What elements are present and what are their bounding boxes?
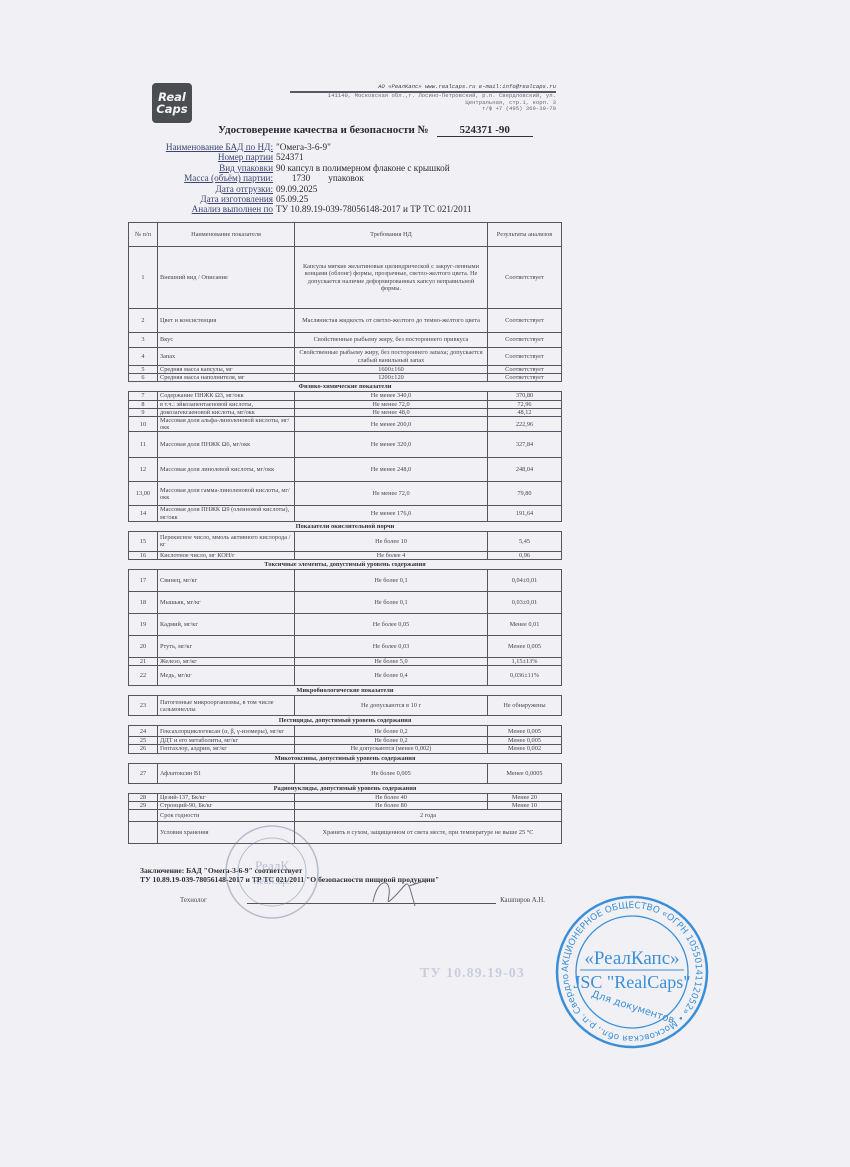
batch-info-value: 05.09.25 — [276, 194, 308, 204]
row-number: 2 — [129, 309, 158, 333]
result: 0,04±0,01 — [488, 570, 562, 592]
section-title: Пестициды, допустимый уровень содержания — [129, 716, 562, 726]
indicator-name: Массовая доля ПНЖК Ω6, мг/окк — [158, 432, 295, 458]
section-heading: Токсичные элементы, допустимый уровень с… — [129, 560, 562, 570]
table-row: 25ДДТ и его метаболиты, мг/кгНе более 0,… — [129, 737, 562, 745]
requirement: Не менее 48,0 — [295, 408, 488, 416]
batch-info: Наименование БАД по НД:"Омега-3-6-9"Номе… — [140, 142, 472, 215]
indicator-name: в т.ч.: эйкозапентаеновой кислоты, — [158, 400, 295, 408]
requirement: Не менее 176,0 — [295, 506, 488, 521]
table-row: 6Средняя масса наполнителя, мг1200±120Со… — [129, 374, 562, 382]
requirement: Маслянистая жидкость от светло-желтого д… — [295, 309, 488, 333]
indicator-name: Афлатоксин В1 — [158, 763, 295, 783]
requirement: Не менее 200,0 — [295, 417, 488, 432]
requirement: Не допускаются (менее 0,002) — [295, 745, 488, 753]
row-number: 10 — [129, 417, 158, 432]
indicator-name: Железо, мг/кг — [158, 658, 295, 666]
row-number: 12 — [129, 458, 158, 482]
requirement: Свойственные рыбьему жиру, без посторонн… — [295, 348, 488, 366]
indicator-name: Срок годности — [158, 810, 295, 822]
svg-text:JSC "RealCaps": JSC "RealCaps" — [573, 972, 690, 992]
requirement: Капсулы мягкие желатиновые цилиндрическо… — [295, 247, 488, 309]
row-number: 28 — [129, 793, 158, 801]
indicator-name: Патогенные микроорганизмы, в том числе с… — [158, 696, 295, 716]
indicator-name: Стронций-90, Бк/кг — [158, 801, 295, 809]
batch-info-row: Вид упаковки90 капсул в полимерном флако… — [140, 163, 472, 173]
indicator-name: Массовая доля ПНЖК Ω9 (олеиновой кислоты… — [158, 506, 295, 521]
indicator-name: Цвет и консистенция — [158, 309, 295, 333]
requirement: Не более 0,05 — [295, 614, 488, 636]
result: Менее 0,005 — [488, 737, 562, 745]
section-title: Микотоксины, допустимый уровень содержан… — [129, 753, 562, 763]
row-number — [129, 822, 158, 844]
table-row: 17Свинец, мг/кгНе более 0,10,04±0,01 — [129, 570, 562, 592]
table-row: 10Массовая доля альфа-линоленовой кислот… — [129, 417, 562, 432]
batch-info-label: Масса (объём) партии: — [140, 173, 276, 183]
requirement: Не более 0,4 — [295, 666, 488, 686]
row-number: 4 — [129, 348, 158, 366]
section-heading: Показатели окислительной порчи — [129, 521, 562, 531]
section-heading: Микробиологические показатели — [129, 686, 562, 696]
section-heading: Микотоксины, допустимый уровень содержан… — [129, 753, 562, 763]
result: Менее 0,005 — [488, 636, 562, 658]
result: 0,03±0,01 — [488, 592, 562, 614]
row-number: 11 — [129, 432, 158, 458]
batch-info-value: 90 капсул в полимерном флаконе с крышкой — [276, 163, 450, 173]
result: Не обнаружены — [488, 696, 562, 716]
row-number: 27 — [129, 763, 158, 783]
table-row: 24Гексахлорциклогексан (α, β, γ-изомеры)… — [129, 726, 562, 737]
result: Менее 10 — [488, 801, 562, 809]
row-number: 21 — [129, 658, 158, 666]
requirement: Не более 0,1 — [295, 570, 488, 592]
row-number: 22 — [129, 666, 158, 686]
batch-info-label: Дата изготовления — [140, 194, 276, 204]
table-row: 20Ртуть, мг/кгНе более 0,03Менее 0,005 — [129, 636, 562, 658]
table-row: 12Массовая доля линолевой кислоты, мг/ок… — [129, 458, 562, 482]
row-number: 18 — [129, 592, 158, 614]
certificate-number: 524371 -90 — [437, 124, 533, 137]
requirement: Не более 0,005 — [295, 763, 488, 783]
section-title: Токсичные элементы, допустимый уровень с… — [129, 560, 562, 570]
result: Менее 0,0005 — [488, 763, 562, 783]
table-row: 5Средняя масса капсулы, мг1600±160Соотве… — [129, 366, 562, 374]
indicator-name: Гексахлорциклогексан (α, β, γ-изомеры), … — [158, 726, 295, 737]
company-letterhead: АО «РеалКапс» www.realcaps.ru e-mail:inf… — [290, 84, 556, 112]
certificate-title: Удостоверение качества и безопасности №5… — [218, 124, 533, 137]
quality-table: № п/п Наименование показателя Требования… — [128, 222, 562, 844]
batch-info-value: "Омега-3-6-9" — [276, 142, 331, 152]
row-number: 13,00 — [129, 482, 158, 506]
table-row: 4ЗапахСвойственные рыбьему жиру, без пос… — [129, 348, 562, 366]
result: 191,64 — [488, 506, 562, 521]
table-row: 26Гептахлор, алдрин, мг/кгНе допускаются… — [129, 745, 562, 753]
batch-info-value: 1730 упаковок — [276, 173, 364, 183]
table-row: 23Патогенные микроорганизмы, в том числе… — [129, 696, 562, 716]
section-title: Физико-химические показатели — [129, 382, 562, 392]
result: Менее 20 — [488, 793, 562, 801]
col-number: № п/п — [129, 223, 158, 247]
requirement: 1600±160 — [295, 366, 488, 374]
signer-name: Кашпиров А.Н. — [500, 897, 545, 904]
batch-info-label: Номер партии — [140, 152, 276, 162]
row-number: 5 — [129, 366, 158, 374]
indicator-name: Гептахлор, алдрин, мг/кг — [158, 745, 295, 753]
result: Менее 0,002 — [488, 745, 562, 753]
indicator-name: Перекисное число, ммоль активного кислор… — [158, 531, 295, 551]
table-row: 18Мышьяк, мг/кгНе более 0,10,03±0,01 — [129, 592, 562, 614]
result: Соответствует — [488, 333, 562, 348]
section-title: Микробиологические показатели — [129, 686, 562, 696]
requirement: Хранить в сухом, защищенном от света мес… — [295, 822, 562, 844]
requirement: 2 года — [295, 810, 562, 822]
result: Соответствует — [488, 374, 562, 382]
table-row: 1Внешний вид / ОписаниеКапсулы мягкие же… — [129, 247, 562, 309]
requirement: Не более 0,2 — [295, 737, 488, 745]
table-row: 3ВкусСвойственные рыбьему жиру, без пост… — [129, 333, 562, 348]
indicator-name: Свинец, мг/кг — [158, 570, 295, 592]
batch-info-label: Дата отгрузки: — [140, 184, 276, 194]
result: Соответствует — [488, 309, 562, 333]
requirement: Не более 4 — [295, 551, 488, 559]
row-number: 29 — [129, 801, 158, 809]
batch-info-row: Дата изготовления05.09.25 — [140, 194, 472, 204]
signer-role: Технолог — [180, 897, 207, 904]
requirement: Не более 0,1 — [295, 592, 488, 614]
batch-info-row: Масса (объём) партии:1730 упаковок — [140, 173, 472, 183]
col-requirements: Требования НД — [295, 223, 488, 247]
table-row: 13,00Массовая доля гамма-линоленовой кис… — [129, 482, 562, 506]
row-number: 3 — [129, 333, 158, 348]
batch-info-label: Наименование БАД по НД: — [140, 142, 276, 152]
indicator-name: Массовая доля линолевой кислоты, мг/окк — [158, 458, 295, 482]
company-logo: Real Caps — [152, 83, 192, 123]
storage-conditions-row: Условия храненияХранить в сухом, защищен… — [129, 822, 562, 844]
table-row: 2Цвет и консистенцияМаслянистая жидкость… — [129, 309, 562, 333]
result: 370,80 — [488, 392, 562, 400]
indicator-name: Ртуть, мг/кг — [158, 636, 295, 658]
indicator-name: докозагексаеновой кислоты, мг/окк — [158, 408, 295, 416]
table-row: 9докозагексаеновой кислоты, мг/оккНе мен… — [129, 408, 562, 416]
batch-info-label: Анализ выполнен по — [140, 204, 276, 214]
result: Менее 0,01 — [488, 614, 562, 636]
row-number: 23 — [129, 696, 158, 716]
row-number: 6 — [129, 374, 158, 382]
indicator-name: Цезий-137, Бк/кг — [158, 793, 295, 801]
section-heading: Радионуклиды, допустимый уровень содержа… — [129, 783, 562, 793]
col-indicator: Наименование показателя — [158, 223, 295, 247]
result: 1,15±13% — [488, 658, 562, 666]
section-heading: Физико-химические показатели — [129, 382, 562, 392]
table-row: 7Содержание ПНЖК Ω3, мг/оккНе менее 340,… — [129, 392, 562, 400]
requirement: 1200±120 — [295, 374, 488, 382]
svg-text:Для документов: Для документов — [590, 989, 676, 1026]
row-number: 15 — [129, 531, 158, 551]
indicator-name: ДДТ и его метаболиты, мг/кг — [158, 737, 295, 745]
section-title: Показатели окислительной порчи — [129, 521, 562, 531]
table-row: 28Цезий-137, Бк/кгНе более 40Менее 20 — [129, 793, 562, 801]
indicator-name: Запах — [158, 348, 295, 366]
row-number: 1 — [129, 247, 158, 309]
result: Соответствует — [488, 247, 562, 309]
result: Соответствует — [488, 366, 562, 374]
table-row: 19Кадмий, мг/кгНе более 0,05Менее 0,01 — [129, 614, 562, 636]
requirement: Не более 80 — [295, 801, 488, 809]
result: 48,12 — [488, 408, 562, 416]
row-number: 14 — [129, 506, 158, 521]
result: 327,84 — [488, 432, 562, 458]
result: Соответствует — [488, 348, 562, 366]
indicator-name: Средняя масса капсулы, мг — [158, 366, 295, 374]
table-row: 14Массовая доля ПНЖК Ω9 (олеиновой кисло… — [129, 506, 562, 521]
indicator-name: Средняя масса наполнителя, мг — [158, 374, 295, 382]
requirement: Не менее 320,0 — [295, 432, 488, 458]
indicator-name: Внешний вид / Описание — [158, 247, 295, 309]
indicator-name: Вкус — [158, 333, 295, 348]
result: 248,04 — [488, 458, 562, 482]
batch-info-row: Наименование БАД по НД:"Омега-3-6-9" — [140, 142, 472, 152]
col-results: Результаты анализов — [488, 223, 562, 247]
stamp-small-icon: РеалК RealCaps — [222, 822, 322, 922]
indicator-name: Содержание ПНЖК Ω3, мг/окк — [158, 392, 295, 400]
svg-text:RealCaps: RealCaps — [253, 876, 291, 887]
row-number: 26 — [129, 745, 158, 753]
table-row: 15Перекисное число, ммоль активного кисл… — [129, 531, 562, 551]
requirement: Не более 10 — [295, 531, 488, 551]
indicator-name: Кислотное число, мг КОН/г — [158, 551, 295, 559]
shelf-life-row: Срок годности2 года — [129, 810, 562, 822]
row-number: 9 — [129, 408, 158, 416]
table-row: 27Афлатоксин В1Не более 0,005Менее 0,000… — [129, 763, 562, 783]
batch-info-value: 09.09.2025 — [276, 184, 317, 194]
svg-text:РеалК: РеалК — [255, 858, 289, 873]
table-row: 21Железо, мг/кгНе более 5,01,15±13% — [129, 658, 562, 666]
requirement: Свойственные рыбьему жиру, без посторонн… — [295, 333, 488, 348]
requirement: Не более 40 — [295, 793, 488, 801]
batch-info-row: Анализ выполнен поТУ 10.89.19-039-780561… — [140, 204, 472, 214]
table-row: 22Медь, мг/кгНе более 0,40,036±11% — [129, 666, 562, 686]
row-number — [129, 810, 158, 822]
requirement: Не менее 72,0 — [295, 400, 488, 408]
result: 5,45 — [488, 531, 562, 551]
batch-info-row: Номер партии524371 — [140, 152, 472, 162]
batch-info-label: Вид упаковки — [140, 163, 276, 173]
requirement: Не менее 72,0 — [295, 482, 488, 506]
company-seal-icon: АКЦИОНЕРНОЕ ОБЩЕСТВО «ОГРН 1055014112052… — [554, 894, 710, 1050]
requirement: Не более 0,2 — [295, 726, 488, 737]
result: Менее 0,005 — [488, 726, 562, 737]
svg-text:«РеалКапс»: «РеалКапс» — [584, 948, 679, 969]
table-row: 8в т.ч.: эйкозапентаеновой кислоты,Не ме… — [129, 400, 562, 408]
section-heading: Пестициды, допустимый уровень содержания — [129, 716, 562, 726]
requirement: Не допускаются в 10 г — [295, 696, 488, 716]
row-number: 7 — [129, 392, 158, 400]
row-number: 25 — [129, 737, 158, 745]
bleed-through-text: ТУ 10.89.19-03 — [420, 966, 525, 982]
row-number: 20 — [129, 636, 158, 658]
requirement: Не менее 248,0 — [295, 458, 488, 482]
requirement: Не менее 340,0 — [295, 392, 488, 400]
requirement: Не более 0,03 — [295, 636, 488, 658]
batch-info-value: ТУ 10.89.19-039-78056148-2017 и ТР ТС 02… — [276, 204, 472, 214]
indicator-name: Массовая доля альфа-линоленовой кислоты,… — [158, 417, 295, 432]
indicator-name: Массовая доля гамма-линоленовой кислоты,… — [158, 482, 295, 506]
requirement: Не более 5,0 — [295, 658, 488, 666]
result: 0,036±11% — [488, 666, 562, 686]
indicator-name: Кадмий, мг/кг — [158, 614, 295, 636]
indicator-name: Медь, мг/кг — [158, 666, 295, 686]
row-number: 16 — [129, 551, 158, 559]
table-row: 29Стронций-90, Бк/кгНе более 80Менее 10 — [129, 801, 562, 809]
row-number: 8 — [129, 400, 158, 408]
row-number: 17 — [129, 570, 158, 592]
table-row: 16Кислотное число, мг КОН/гНе более 40,9… — [129, 551, 562, 559]
result: 72,96 — [488, 400, 562, 408]
batch-info-value: 524371 — [276, 152, 304, 162]
signature-scribble — [365, 872, 435, 912]
result: 222,96 — [488, 417, 562, 432]
result: 0,96 — [488, 551, 562, 559]
section-title: Радионуклиды, допустимый уровень содержа… — [129, 783, 562, 793]
row-number: 19 — [129, 614, 158, 636]
row-number: 24 — [129, 726, 158, 737]
table-row: 11Массовая доля ПНЖК Ω6, мг/оккНе менее … — [129, 432, 562, 458]
result: 79,80 — [488, 482, 562, 506]
indicator-name: Мышьяк, мг/кг — [158, 592, 295, 614]
batch-info-row: Дата отгрузки:09.09.2025 — [140, 184, 472, 194]
